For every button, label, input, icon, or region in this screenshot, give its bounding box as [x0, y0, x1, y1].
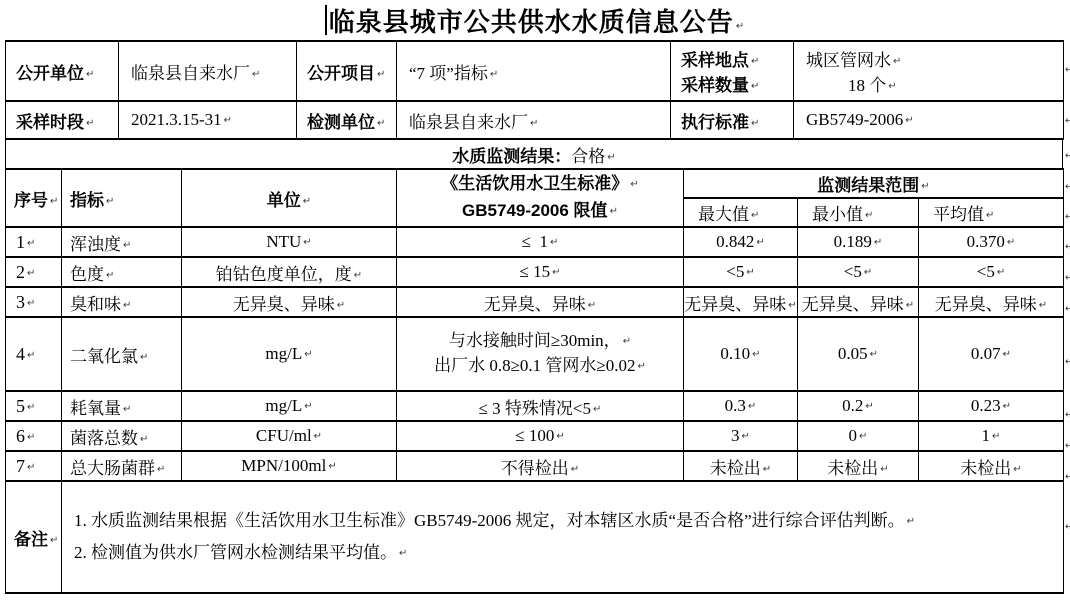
table-row: 7↵ 总大肠菌群↵ MPN/100ml↵ 不得检出↵ 未检出↵ 未检出↵ 未检出…: [6, 451, 1064, 481]
cell-max: 0.10↵: [684, 317, 798, 391]
result-value: 合格↵: [571, 147, 615, 166]
cell-max: 无异臭、异味↵: [684, 287, 798, 317]
col-header-avg: 平均值↵: [919, 198, 1064, 227]
paragraph-mark: ↵: [27, 432, 35, 443]
table-row: 4↵ 二氧化氯↵ mg/L↵ 与水接触时间≥30min，↵ 出厂水 0.8≥0.…: [6, 317, 1064, 391]
public-item-label: 公开项目↵: [297, 41, 397, 101]
paragraph-mark: ↵: [530, 118, 538, 129]
paragraph-mark: ↵: [86, 118, 94, 129]
result-banner: 水质监测结果：合格↵: [6, 139, 1063, 169]
paragraph-mark: ↵: [630, 179, 638, 190]
paragraph-mark: ↵: [123, 240, 131, 251]
sampling-period-label: 采样时段↵: [6, 101, 119, 139]
sampling-quantity-label: 采样数量↵: [681, 71, 793, 96]
row-end-mark: ↵: [1065, 410, 1070, 421]
paragraph-mark: ↵: [27, 350, 35, 361]
cell-max: 0.3↵: [684, 391, 798, 421]
paragraph-mark: ↵: [304, 349, 312, 360]
col-header-no: 序号↵: [6, 169, 62, 227]
paragraph-mark: ↵: [303, 196, 311, 207]
cell-no: 1↵: [6, 227, 62, 257]
paragraph-mark: ↵: [328, 461, 336, 472]
paragraph-mark: ↵: [157, 464, 165, 475]
remarks-table: 备注↵ 1. 水质监测结果根据《生活饮用水卫生标准》GB5749-2006 规定…: [5, 480, 1064, 594]
paragraph-mark: ↵: [1007, 237, 1015, 248]
result-label: 水质监测结果：: [452, 147, 571, 166]
paragraph-mark: ↵: [865, 210, 873, 221]
col-header-limit-line1: 《生活饮用水卫生标准》↵: [397, 171, 683, 198]
paragraph-mark: ↵: [377, 69, 385, 80]
paragraph-mark: ↵: [752, 349, 760, 360]
paragraph-mark: ↵: [756, 237, 764, 248]
paragraph-mark: ↵: [748, 401, 756, 412]
cell-max: 未检出↵: [684, 451, 798, 481]
paragraph-mark: ↵: [751, 56, 759, 67]
paragraph-mark: ↵: [303, 237, 311, 248]
executive-standard-value: GB5749-2006↵: [794, 101, 1064, 139]
paragraph-mark: ↵: [399, 548, 407, 559]
row-end-mark: ↵: [1065, 522, 1070, 533]
col-header-indicator: 指标↵: [62, 169, 182, 227]
cell-indicator: 色度↵: [62, 257, 182, 287]
paragraph-mark: ↵: [50, 535, 58, 546]
col-header-min: 最小值↵: [798, 198, 919, 227]
public-unit-label: 公开单位↵: [6, 41, 119, 101]
cell-indicator: 二氧化氯↵: [62, 317, 182, 391]
paragraph-mark: ↵: [992, 431, 1000, 442]
sampling-quantity-value: 18 个↵: [806, 71, 1063, 96]
cell-limit: ≤ 15↵: [397, 257, 684, 287]
cell-no: 2↵: [6, 257, 62, 287]
paragraph-mark: ↵: [106, 196, 114, 207]
quality-table: 序号↵ 指标↵ 单位↵ 《生活饮用水卫生标准》↵ GB5749-2006 限值↵…: [5, 168, 1064, 482]
paragraph-mark: ↵: [123, 300, 131, 311]
row-end-mark: ↵: [1065, 212, 1070, 223]
paragraph-mark: ↵: [610, 206, 618, 217]
cell-min: 0↵: [798, 421, 919, 451]
row-end-mark: ↵: [1065, 242, 1070, 253]
cell-limit: ≤ 100↵: [397, 421, 684, 451]
paragraph-mark: ↵: [550, 237, 558, 248]
header-row: 序号↵ 指标↵ 单位↵ 《生活饮用水卫生标准》↵ GB5749-2006 限值↵…: [6, 169, 1064, 198]
paragraph-mark: ↵: [27, 268, 35, 279]
col-header-limit: 《生活饮用水卫生标准》↵ GB5749-2006 限值↵: [397, 169, 684, 227]
paragraph-mark: ↵: [865, 401, 873, 412]
paragraph-mark: ↵: [880, 464, 888, 475]
cell-min: 无异臭、异味↵: [798, 287, 919, 317]
remark-line: 2. 检测值为供水厂管网水检测结果平均值。↵: [74, 537, 1053, 569]
row-end-mark: ↵: [1065, 357, 1070, 368]
row-end-mark: ↵: [1065, 182, 1070, 193]
paragraph-mark: ↵: [377, 118, 385, 129]
col-header-range: 监测结果范围↵: [684, 169, 1064, 198]
row-end-mark: ↵: [1065, 472, 1070, 483]
paragraph-mark: ↵: [337, 300, 345, 311]
cell-avg: 0.07↵: [919, 317, 1064, 391]
paragraph-mark: ↵: [1003, 349, 1011, 360]
row-end-mark: ↵: [1065, 116, 1070, 127]
col-header-unit: 单位↵: [182, 169, 397, 227]
cell-no: 7↵: [6, 451, 62, 481]
paragraph-mark: ↵: [907, 516, 915, 527]
cell-limit: 与水接触时间≥30min，↵ 出厂水 0.8≥0.1 管网水≥0.02↵: [397, 317, 684, 391]
cell-min: <5↵: [798, 257, 919, 287]
cell-unit: 无异臭、异味↵: [182, 287, 397, 317]
cell-indicator: 菌落总数↵: [62, 421, 182, 451]
cell-avg: 1↵: [919, 421, 1064, 451]
text-cursor[interactable]: [325, 5, 327, 35]
paragraph-mark: ↵: [252, 69, 260, 80]
paragraph-mark: ↵: [593, 404, 601, 415]
cell-avg: 无异臭、异味↵: [919, 287, 1064, 317]
cell-max: <5↵: [684, 257, 798, 287]
sampling-location-quantity-value: 城区管网水↵ 18 个↵: [794, 41, 1064, 101]
paragraph-mark: ↵: [921, 181, 929, 192]
cell-unit: mg/L↵: [182, 391, 397, 421]
limit-line2: 出厂水 0.8≥0.1 管网水≥0.02↵: [397, 354, 683, 379]
table-row: 5↵ 耗氧量↵ mg/L↵ ≤ 3 特殊情况<5↵ 0.3↵ 0.2↵ 0.23…: [6, 391, 1064, 421]
cell-avg: 未检出↵: [919, 451, 1064, 481]
cell-no: 6↵: [6, 421, 62, 451]
public-unit-value: 临泉县自来水厂↵: [119, 41, 297, 101]
col-header-limit-line2: GB5749-2006 限值↵: [397, 198, 683, 225]
paragraph-mark: ↵: [27, 238, 35, 249]
info-table: 公开单位↵ 临泉县自来水厂↵ 公开项目↵ “7 项”指标↵ 采样地点↵ 采样数量…: [5, 40, 1064, 140]
cell-unit: 铂钴色度单位，度↵: [182, 257, 397, 287]
paragraph-mark: ↵: [354, 270, 362, 281]
limit-line1: 与水接触时间≥30min，↵: [397, 329, 683, 354]
paragraph-mark: ↵: [742, 431, 750, 442]
cell-unit: CFU/ml↵: [182, 421, 397, 451]
result-banner-table: 水质监测结果：合格↵: [5, 138, 1063, 170]
paragraph-mark: ↵: [763, 464, 771, 475]
cell-unit: NTU↵: [182, 227, 397, 257]
row-end-mark: ↵: [1065, 441, 1070, 452]
paragraph-mark: ↵: [50, 196, 58, 207]
paragraph-mark: ↵: [571, 464, 579, 475]
paragraph-mark: ↵: [751, 210, 759, 221]
paragraph-mark: ↵: [997, 267, 1005, 278]
cell-min: 未检出↵: [798, 451, 919, 481]
cell-limit: 无异臭、异味↵: [397, 287, 684, 317]
paragraph-mark: ↵: [864, 267, 872, 278]
remarks-label: 备注↵: [6, 481, 62, 593]
cell-indicator: 总大肠菌群↵: [62, 451, 182, 481]
paragraph-mark: ↵: [27, 462, 35, 473]
cell-unit: MPN/100ml↵: [182, 451, 397, 481]
paragraph-mark: ↵: [638, 361, 646, 372]
paragraph-mark: ↵: [490, 69, 498, 80]
cell-min: 0.2↵: [798, 391, 919, 421]
sampling-location-label: 采样地点↵: [681, 46, 793, 71]
paragraph-mark: ↵: [106, 270, 114, 281]
testing-unit-value: 临泉县自来水厂↵: [397, 101, 671, 139]
remarks-row: 备注↵ 1. 水质监测结果根据《生活饮用水卫生标准》GB5749-2006 规定…: [6, 481, 1064, 593]
cell-indicator: 耗氧量↵: [62, 391, 182, 421]
info-row: 公开单位↵ 临泉县自来水厂↵ 公开项目↵ “7 项”指标↵ 采样地点↵ 采样数量…: [6, 41, 1064, 101]
public-item-value: “7 项”指标↵: [397, 41, 671, 101]
paragraph-mark: ↵: [623, 336, 631, 347]
paragraph-mark: ↵: [751, 118, 759, 129]
paragraph-mark: ↵: [1003, 401, 1011, 412]
paragraph-mark: ↵: [304, 401, 312, 412]
remarks-content: 1. 水质监测结果根据《生活饮用水卫生标准》GB5749-2006 规定，对本辖…: [62, 481, 1064, 593]
paragraph-mark: ↵: [906, 300, 914, 311]
cell-no: 3↵: [6, 287, 62, 317]
paragraph-mark: ↵: [27, 402, 35, 413]
row-end-mark: ↵: [1065, 151, 1070, 162]
paragraph-mark: ↵: [874, 237, 882, 248]
paragraph-mark: ↵: [588, 300, 596, 311]
title-bar: 临泉县城市公共供水水质信息公告↵: [0, 0, 1070, 40]
paragraph-mark: ↵: [905, 115, 913, 126]
executive-standard-label: 执行标准↵: [671, 101, 794, 139]
cell-max: 3↵: [684, 421, 798, 451]
row-end-mark: ↵: [1065, 273, 1070, 284]
table-row: 1↵ 浑浊度↵ NTU↵ ≤ 1↵ 0.842↵ 0.189↵ 0.370↵: [6, 227, 1064, 257]
paragraph-mark: ↵: [314, 431, 322, 442]
paragraph-mark: ↵: [140, 352, 148, 363]
row-end-mark: ↵: [1065, 65, 1070, 76]
testing-unit-label: 检测单位↵: [297, 101, 397, 139]
info-row: 采样时段↵ 2021.3.15-31↵ 检测单位↵ 临泉县自来水厂↵ 执行标准↵…: [6, 101, 1064, 139]
remark-line: 1. 水质监测结果根据《生活饮用水卫生标准》GB5749-2006 规定，对本辖…: [74, 505, 1053, 537]
paragraph-mark: ↵: [736, 21, 745, 32]
page-title: 临泉县城市公共供水水质信息公告↵: [329, 2, 745, 39]
paragraph-mark: ↵: [893, 56, 901, 67]
paragraph-mark: ↵: [1039, 300, 1047, 311]
sampling-period-value: 2021.3.15-31↵: [119, 101, 297, 139]
paragraph-mark: ↵: [140, 434, 148, 445]
table-row: 6↵ 菌落总数↵ CFU/ml↵ ≤ 100↵ 3↵ 0↵ 1↵: [6, 421, 1064, 451]
cell-limit: ≤ 3 特殊情况<5↵: [397, 391, 684, 421]
paragraph-mark: ↵: [123, 404, 131, 415]
paragraph-mark: ↵: [751, 81, 759, 92]
paragraph-mark: ↵: [870, 349, 878, 360]
result-banner-row: 水质监测结果：合格↵: [6, 139, 1063, 169]
paragraph-mark: ↵: [556, 431, 564, 442]
paragraph-mark: ↵: [986, 210, 994, 221]
cell-avg: 0.23↵: [919, 391, 1064, 421]
cell-unit: mg/L↵: [182, 317, 397, 391]
paragraph-mark: ↵: [888, 81, 896, 92]
cell-limit: ≤ 1↵: [397, 227, 684, 257]
paragraph-mark: ↵: [86, 69, 94, 80]
cell-limit: 不得检出↵: [397, 451, 684, 481]
cell-indicator: 臭和味↵: [62, 287, 182, 317]
document-page: 临泉县城市公共供水水质信息公告↵ 公开单位↵ 临泉县自来水厂↵ 公开项目↵ “7…: [0, 0, 1070, 605]
paragraph-mark: ↵: [607, 152, 615, 163]
cell-max: 0.842↵: [684, 227, 798, 257]
paragraph-mark: ↵: [788, 300, 796, 311]
cell-indicator: 浑浊度↵: [62, 227, 182, 257]
table-row: 2↵ 色度↵ 铂钴色度单位，度↵ ≤ 15↵ <5↵ <5↵ <5↵: [6, 257, 1064, 287]
sampling-location-quantity-label: 采样地点↵ 采样数量↵: [671, 41, 794, 101]
table-row: 3↵ 臭和味↵ 无异臭、异味↵ 无异臭、异味↵ 无异臭、异味↵ 无异臭、异味↵ …: [6, 287, 1064, 317]
paragraph-mark: ↵: [1013, 464, 1021, 475]
cell-avg: 0.370↵: [919, 227, 1064, 257]
paragraph-mark: ↵: [552, 267, 560, 278]
sampling-location-value: 城区管网水↵: [806, 46, 1063, 71]
paragraph-mark: ↵: [859, 431, 867, 442]
cell-min: 0.05↵: [798, 317, 919, 391]
cell-avg: <5↵: [919, 257, 1064, 287]
paragraph-mark: ↵: [27, 298, 35, 309]
col-header-max: 最大值↵: [684, 198, 798, 227]
paragraph-mark: ↵: [224, 115, 232, 126]
row-end-mark: ↵: [1065, 304, 1070, 315]
cell-no: 4↵: [6, 317, 62, 391]
cell-min: 0.189↵: [798, 227, 919, 257]
cell-no: 5↵: [6, 391, 62, 421]
paragraph-mark: ↵: [746, 267, 754, 278]
